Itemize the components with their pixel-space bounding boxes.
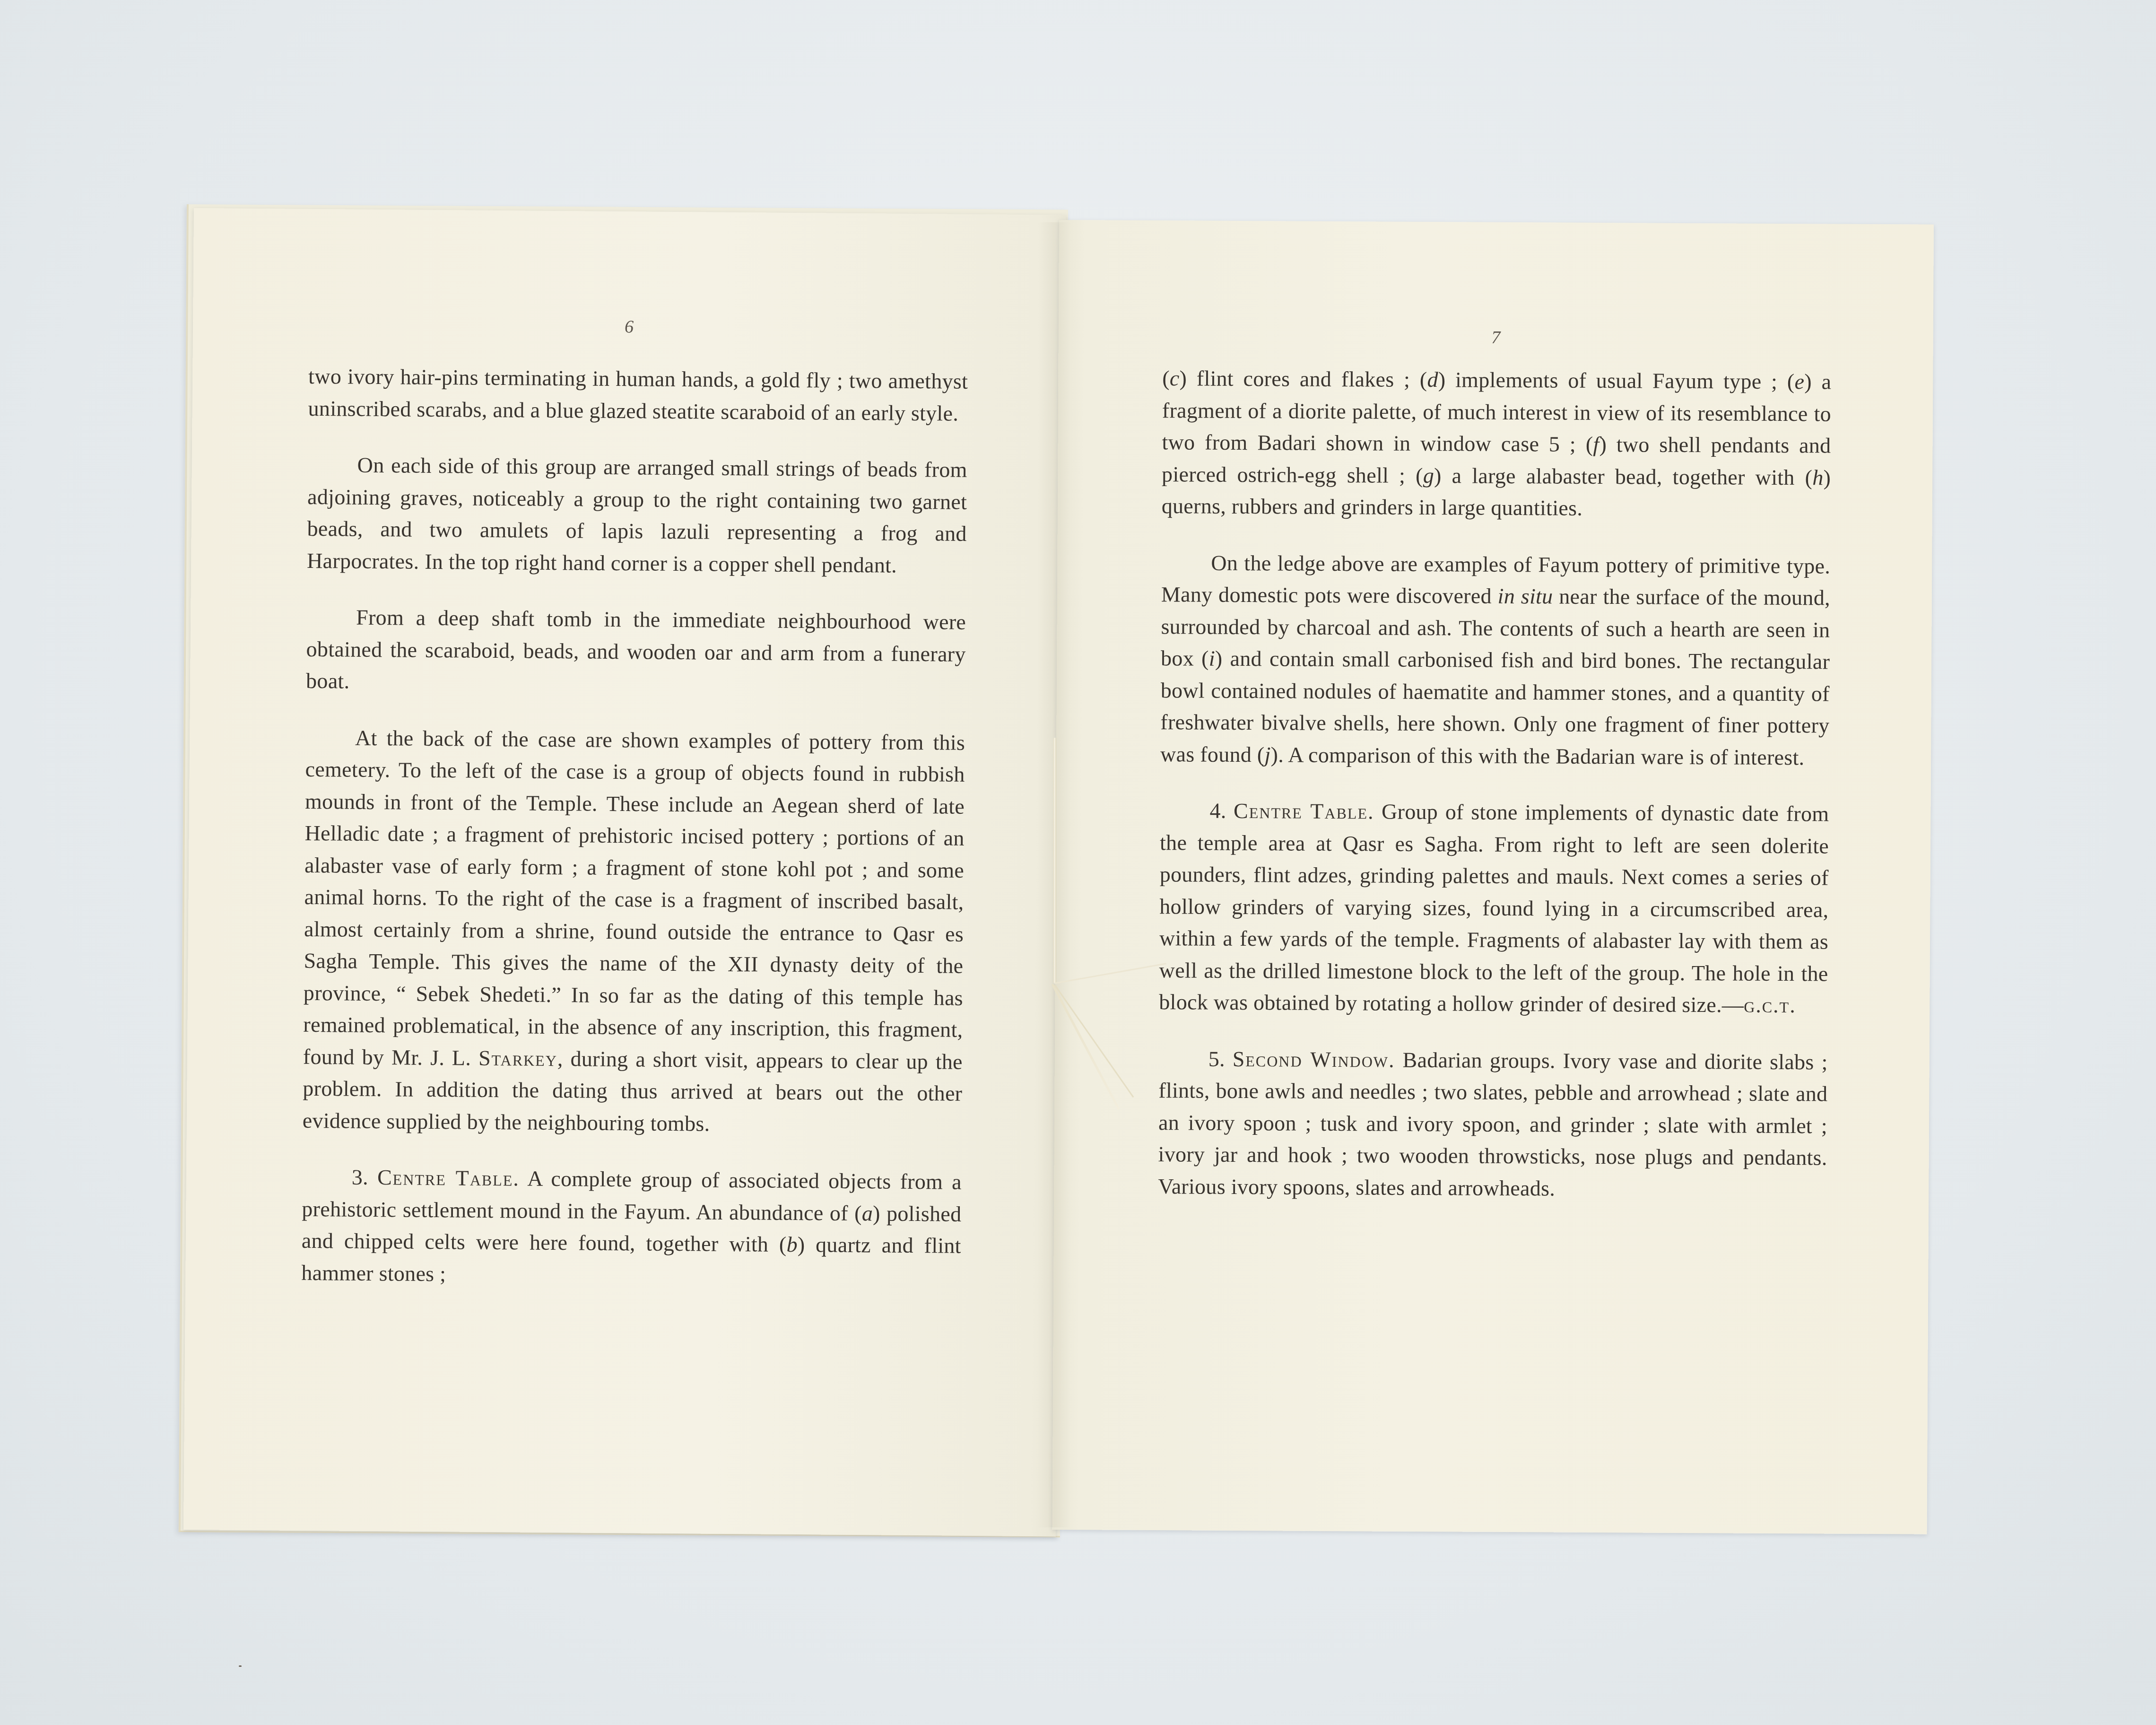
paragraph: On the ledge above are examples of Fayum… bbox=[1160, 547, 1830, 774]
dust-speck bbox=[239, 1665, 242, 1667]
paragraph: From a deep shaft tomb in the immediate … bbox=[306, 601, 966, 702]
paragraph: At the back of the case are shown exampl… bbox=[303, 721, 965, 1141]
paragraph: 4. Centre Table. Group of stone implemen… bbox=[1159, 794, 1829, 1021]
right-page: 7 (c) flint cores and flakes ; (d) imple… bbox=[1052, 220, 1933, 1534]
paragraph: 3. Centre Table. A complete group of ass… bbox=[301, 1161, 962, 1294]
paragraph: two ivory hair-pins terminating in human… bbox=[308, 360, 968, 429]
paragraph: 5. Second Window. Badarian groups. Ivory… bbox=[1158, 1043, 1828, 1206]
open-booklet: 6 two ivory hair-pins terminating in hum… bbox=[0, 0, 2156, 1725]
body-text: (c) flint cores and flakes ; (d) impleme… bbox=[1158, 362, 1832, 1230]
paragraph: (c) flint cores and flakes ; (d) impleme… bbox=[1162, 362, 1832, 525]
left-page: 6 two ivory hair-pins terminating in hum… bbox=[183, 208, 1066, 1536]
page-number: 7 bbox=[1059, 325, 1933, 350]
body-text: two ivory hair-pins terminating in human… bbox=[301, 360, 968, 1318]
binding-thread bbox=[1053, 738, 1056, 984]
paragraph: On each side of this group are arranged … bbox=[307, 449, 967, 582]
page-number: 6 bbox=[193, 313, 1065, 340]
